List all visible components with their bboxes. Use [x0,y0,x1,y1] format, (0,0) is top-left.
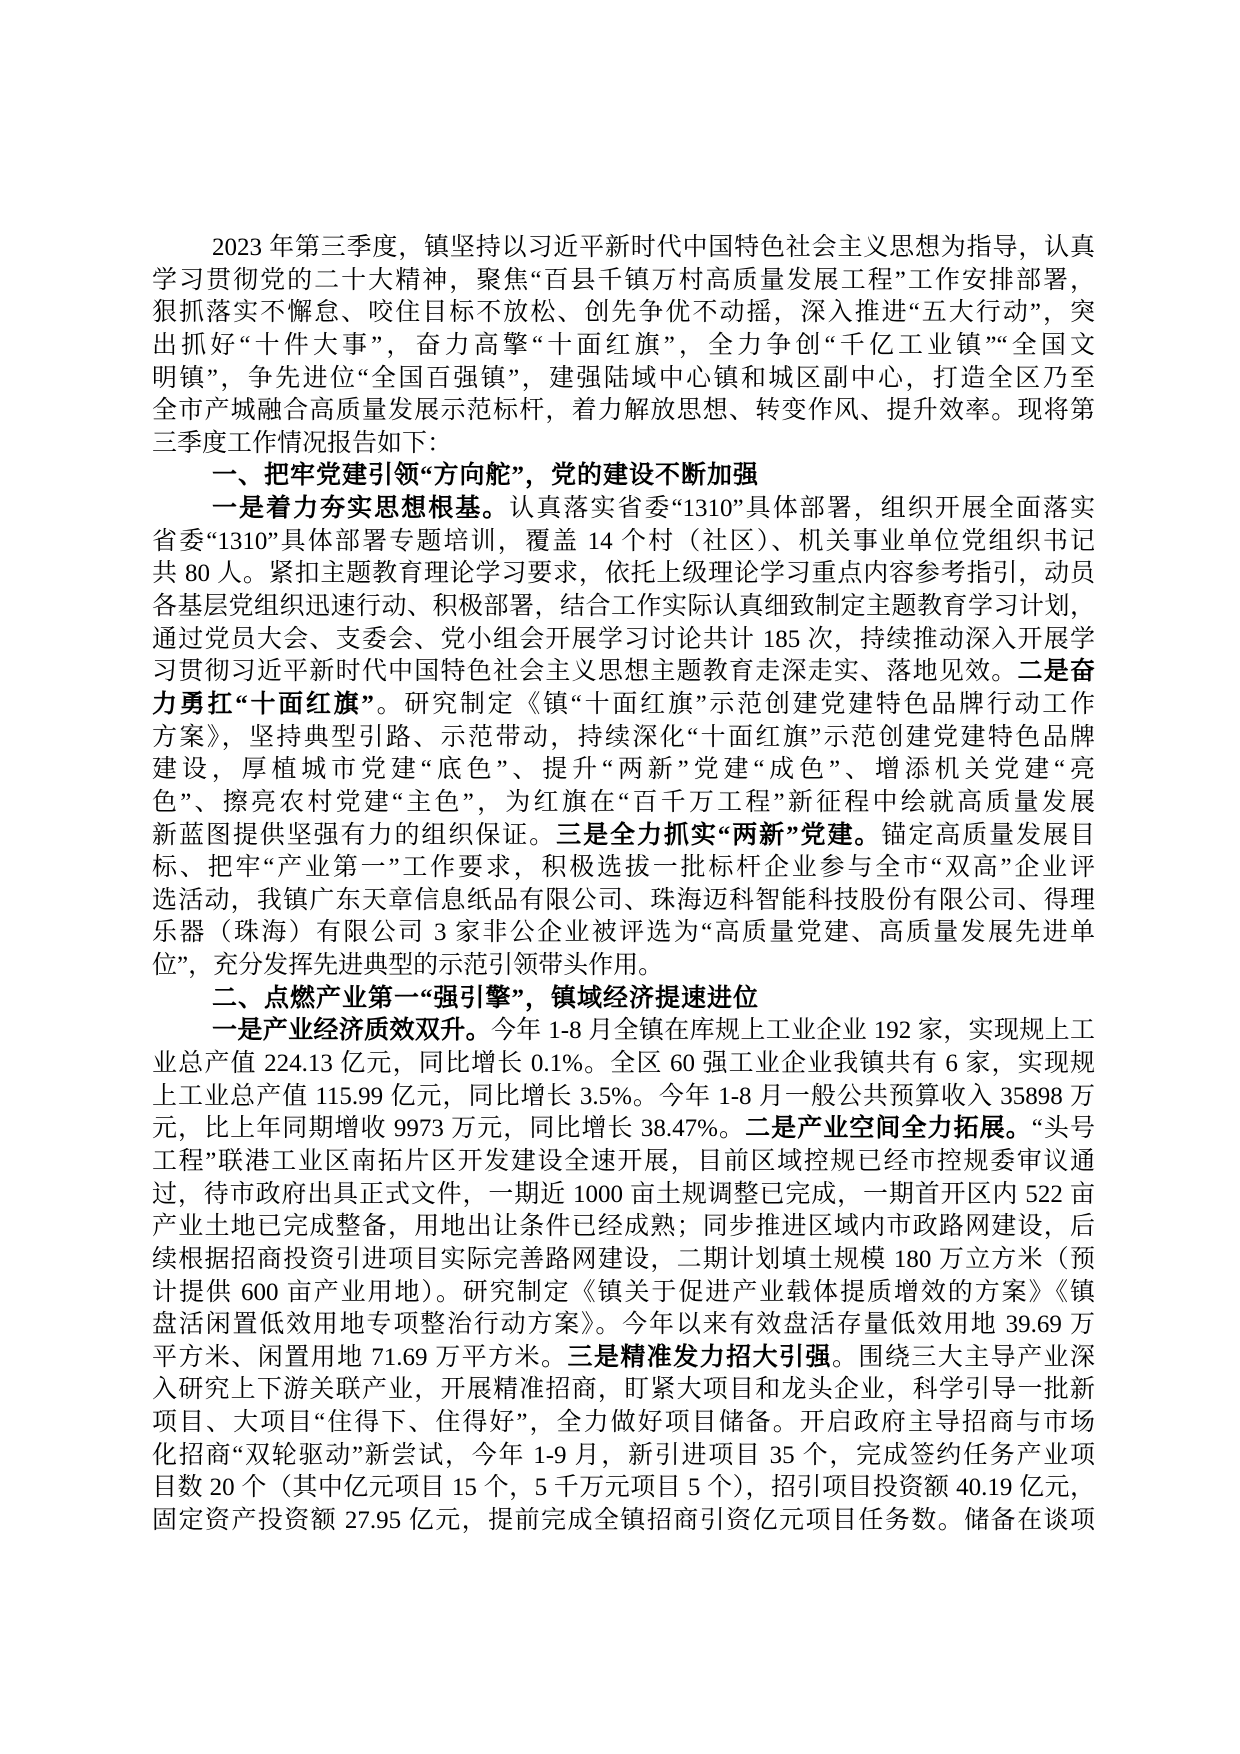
text-line: 元，比上年同期增收 9973 万元，同比增长 38.47%。二是产业空间全力拓展… [152,1113,1095,1146]
bold-text-run: 二是奋 [1018,658,1095,685]
text-line: 建设，厚植城市党建“底色”、提升“两新”党建“成色”、增添机关党建“亮 [152,754,1095,787]
text-line: 上工业总产值 115.99 亿元，同比增长 3.5%。今年 1-8 月一般公共预… [152,1081,1095,1114]
text-line: 位”，充分发挥先进典型的示范引领带头作用。 [152,950,1095,983]
text-line: 出抓好“十件大事”，奋力高擎“十面红旗”，全力争创“千亿工业镇”“全国文 [152,330,1095,363]
text-line: 明镇”，争先进位“全国百强镇”，建强陆域中心镇和城区副中心，打造全区乃至 [152,363,1095,396]
text-line: 一是着力夯实思想根基。认真落实省委“1310”具体部署，组织开展全面落实 [152,493,1095,526]
text-run: 盘活闲置低效用地专项整治行动方案》。今年以来有效盘活存量低效用地 39.69 万 [152,1311,1095,1338]
text-line: 平方米、闲置用地 71.69 万平方米。三是精准发力招大引强。围绕三大主导产业深 [152,1342,1095,1375]
text-run: 项目、大项目“住得下、住得好”，全力做好项目储备。开启政府主导招商与市场 [152,1409,1095,1436]
text-run: 平方米、闲置用地 71.69 万平方米。 [152,1344,567,1371]
text-line: 过，待市政府出具正式文件，一期近 1000 亩土规调整已完成，一期首开区内 52… [152,1179,1095,1212]
text-run: 狠抓落实不懈怠、咬住目标不放松、创先争优不动摇，深入推进“五大行动”，突 [152,299,1095,326]
text-line: 通过党员大会、支委会、党小组会开展学习讨论共计 185 次，持续推动深入开展学 [152,624,1095,657]
text-run: 出抓好“十件大事”，奋力高擎“十面红旗”，全力争创“千亿工业镇”“全国文 [152,332,1095,359]
text-run: 2023 年第三季度，镇坚持以习近平新时代中国特色社会主义思想为指导，认真 [212,234,1095,261]
text-run: 通过党员大会、支委会、党小组会开展学习讨论共计 185 次，持续推动深入开展学 [152,626,1095,653]
text-line: 力勇扛“十面红旗”。研究制定《镇“十面红旗”示范创建党建特色品牌行动工作 [152,689,1095,722]
bold-text-run: 三是全力抓实“两新”党建。 [556,822,881,849]
text-line: 共 80 人。紧扣主题教育理论学习要求，依托上级理论学习重点内容参考指引，动员 [152,558,1095,591]
section-heading: 二、点燃产业第一“强引擎”，镇域经济提速进位 [152,983,1095,1016]
text-run: 建设，厚植城市党建“底色”、提升“两新”党建“成色”、增添机关党建“亮 [152,756,1095,783]
bold-text-run: 一是产业经济质效双升。 [212,1017,491,1044]
text-line: 省委“1310”具体部署专题培训，覆盖 14 个村（社区）、机关事业单位党组织书… [152,526,1095,559]
text-line: 一是产业经济质效双升。今年 1-8 月全镇在库规上工业企业 192 家，实现规上… [152,1015,1095,1048]
text-line: 2023 年第三季度，镇坚持以习近平新时代中国特色社会主义思想为指导，认真 [152,232,1095,265]
bold-text-run: 一是着力夯实思想根基。 [212,495,509,522]
text-run: 选活动，我镇广东天章信息纸品有限公司、珠海迈科智能科技股份有限公司、得理 [152,887,1095,914]
text-line: 业总产值 224.13 亿元，同比增长 0.1%。全区 60 强工业企业我镇共有… [152,1048,1095,1081]
text-run: 省委“1310”具体部署专题培训，覆盖 14 个村（社区）、机关事业单位党组织书… [152,528,1095,555]
text-line: 续根据招商投资引进项目实际完善路网建设，二期计划填土规模 180 万立方米（预 [152,1244,1095,1277]
bold-text-run: 一、把牢党建引领“方向舵”，党的建设不断加强 [212,462,759,489]
text-line: 习贯彻习近平新时代中国特色社会主义思想主题教育走深走实、落地见效。二是奋 [152,656,1095,689]
text-line: 各基层党组织迅速行动、积极部署，结合工作实际认真细致制定主题教育学习计划， [152,591,1095,624]
text-line: 盘活闲置低效用地专项整治行动方案》。今年以来有效盘活存量低效用地 39.69 万 [152,1309,1095,1342]
text-line: 项目、大项目“住得下、住得好”，全力做好项目储备。开启政府主导招商与市场 [152,1407,1095,1440]
bold-text-run: 二、点燃产业第一“强引擎”，镇域经济提速进位 [212,985,759,1012]
text-run: 习贯彻习近平新时代中国特色社会主义思想主题教育走深走实、落地见效。 [152,658,1018,685]
text-run: 明镇”，争先进位“全国百强镇”，建强陆域中心镇和城区副中心，打造全区乃至 [152,365,1095,392]
text-run: 固定资产投资额 27.95 亿元，提前完成全镇招商引资亿元项目任务数。储备在谈项 [152,1507,1095,1534]
text-run: 。围绕三大主导产业深 [832,1344,1095,1371]
text-line: 目数 20 个（其中亿元项目 15 个，5 千万元项目 5 个），招引项目投资额… [152,1472,1095,1505]
text-run: 续根据招商投资引进项目实际完善路网建设，二期计划填土规模 180 万立方米（预 [152,1246,1095,1273]
document-page: 2023 年第三季度，镇坚持以习近平新时代中国特色社会主义思想为指导，认真学习贯… [0,0,1240,1754]
text-run: 色”、擦亮农村党建“主色”，为红旗在“百千万工程”新征程中绘就高质量发展 [152,789,1095,816]
text-run: 新蓝图提供坚强有力的组织保证。 [152,822,556,849]
text-line: 三季度工作情况报告如下： [152,428,1095,461]
text-run: 元，比上年同期增收 9973 万元，同比增长 38.47%。 [152,1115,745,1142]
text-run: “头号 [1032,1115,1095,1142]
text-run: 今年 1-8 月全镇在库规上工业企业 192 家，实现规上工 [491,1017,1095,1044]
text-run: 方案》，坚持典型引路、示范带动，持续深化“十面红旗”示范创建党建特色品牌 [152,724,1095,751]
bold-text-run: 二是产业空间全力拓展。 [745,1115,1032,1142]
bold-text-run: 三是精准发力招大引强 [567,1344,831,1371]
text-run: 三季度工作情况报告如下： [152,430,452,457]
text-run: 认真落实省委“1310”具体部署，组织开展全面落实 [509,495,1095,522]
text-line: 工程”联港工业区南拓片区开发建设全速开展，目前区域控规已经市控规委审议通 [152,1146,1095,1179]
text-line: 计提供 600 亩产业用地）。研究制定《镇关于促进产业载体提质增效的方案》《镇 [152,1277,1095,1310]
text-run: 计提供 600 亩产业用地）。研究制定《镇关于促进产业载体提质增效的方案》《镇 [152,1279,1095,1306]
text-run: 共 80 人。紧扣主题教育理论学习要求，依托上级理论学习重点内容参考指引，动员 [152,560,1095,587]
text-run: 业总产值 224.13 亿元，同比增长 0.1%。全区 60 强工业企业我镇共有… [152,1050,1095,1077]
text-line: 新蓝图提供坚强有力的组织保证。三是全力抓实“两新”党建。锚定高质量发展目 [152,820,1095,853]
text-line: 入研究上下游关联产业，开展精准招商，盯紧大项目和龙头企业，科学引导一批新 [152,1374,1095,1407]
text-run: 位”，充分发挥先进典型的示范引领带头作用。 [152,952,663,979]
text-line: 狠抓落实不懈怠、咬住目标不放松、创先争优不动摇，深入推进“五大行动”，突 [152,297,1095,330]
text-line: 固定资产投资额 27.95 亿元，提前完成全镇招商引资亿元项目任务数。储备在谈项 [152,1505,1095,1538]
text-line: 产业土地已完成整备，用地出让条件已经成熟；同步推进区域内市政路网建设，后 [152,1211,1095,1244]
text-run: 入研究上下游关联产业，开展精准招商，盯紧大项目和龙头企业，科学引导一批新 [152,1376,1095,1403]
text-run: 学习贯彻党的二十大精神，聚焦“百县千镇万村高质量发展工程”工作安排部署， [152,267,1095,294]
text-line: 标、把牢“产业第一”工作要求，积极选拔一批标杆企业参与全市“双高”企业评 [152,852,1095,885]
text-line: 色”、擦亮农村党建“主色”，为红旗在“百千万工程”新征程中绘就高质量发展 [152,787,1095,820]
text-run: 过，待市政府出具正式文件，一期近 1000 亩土规调整已完成，一期首开区内 52… [152,1181,1095,1208]
text-run: 工程”联港工业区南拓片区开发建设全速开展，目前区域控规已经市控规委审议通 [152,1148,1095,1175]
text-line: 全市产城融合高质量发展示范标杆，着力解放思想、转变作风、提升效率。现将第 [152,395,1095,428]
text-line: 学习贯彻党的二十大精神，聚焦“百县千镇万村高质量发展工程”工作安排部署， [152,265,1095,298]
bold-text-run: 力勇扛“十面红旗” [152,691,374,718]
document-body: 2023 年第三季度，镇坚持以习近平新时代中国特色社会主义思想为指导，认真学习贯… [152,232,1095,1538]
text-run: 乐器（珠海）有限公司 3 家非公企业被评选为“高质量党建、高质量发展先进单 [152,919,1095,946]
text-line: 选活动，我镇广东天章信息纸品有限公司、珠海迈科智能科技股份有限公司、得理 [152,885,1095,918]
text-run: 产业土地已完成整备，用地出让条件已经成熟；同步推进区域内市政路网建设，后 [152,1213,1095,1240]
text-line: 化招商“双轮驱动”新尝试，今年 1-9 月，新引进项目 35 个，完成签约任务产… [152,1440,1095,1473]
text-run: 各基层党组织迅速行动、积极部署，结合工作实际认真细致制定主题教育学习计划， [152,593,1095,620]
text-line: 方案》，坚持典型引路、示范带动，持续深化“十面红旗”示范创建党建特色品牌 [152,722,1095,755]
text-run: 上工业总产值 115.99 亿元，同比增长 3.5%。今年 1-8 月一般公共预… [152,1083,1095,1110]
text-run: 全市产城融合高质量发展示范标杆，着力解放思想、转变作风、提升效率。现将第 [152,397,1095,424]
text-run: 目数 20 个（其中亿元项目 15 个，5 千万元项目 5 个），招引项目投资额… [152,1474,1095,1501]
text-run: 化招商“双轮驱动”新尝试，今年 1-9 月，新引进项目 35 个，完成签约任务产… [152,1442,1095,1469]
text-run: 。研究制定《镇“十面红旗”示范创建党建特色品牌行动工作 [374,691,1095,718]
section-heading: 一、把牢党建引领“方向舵”，党的建设不断加强 [152,460,1095,493]
text-run: 锚定高质量发展目 [881,822,1095,849]
text-line: 乐器（珠海）有限公司 3 家非公企业被评选为“高质量党建、高质量发展先进单 [152,917,1095,950]
text-run: 标、把牢“产业第一”工作要求，积极选拔一批标杆企业参与全市“双高”企业评 [152,854,1095,881]
